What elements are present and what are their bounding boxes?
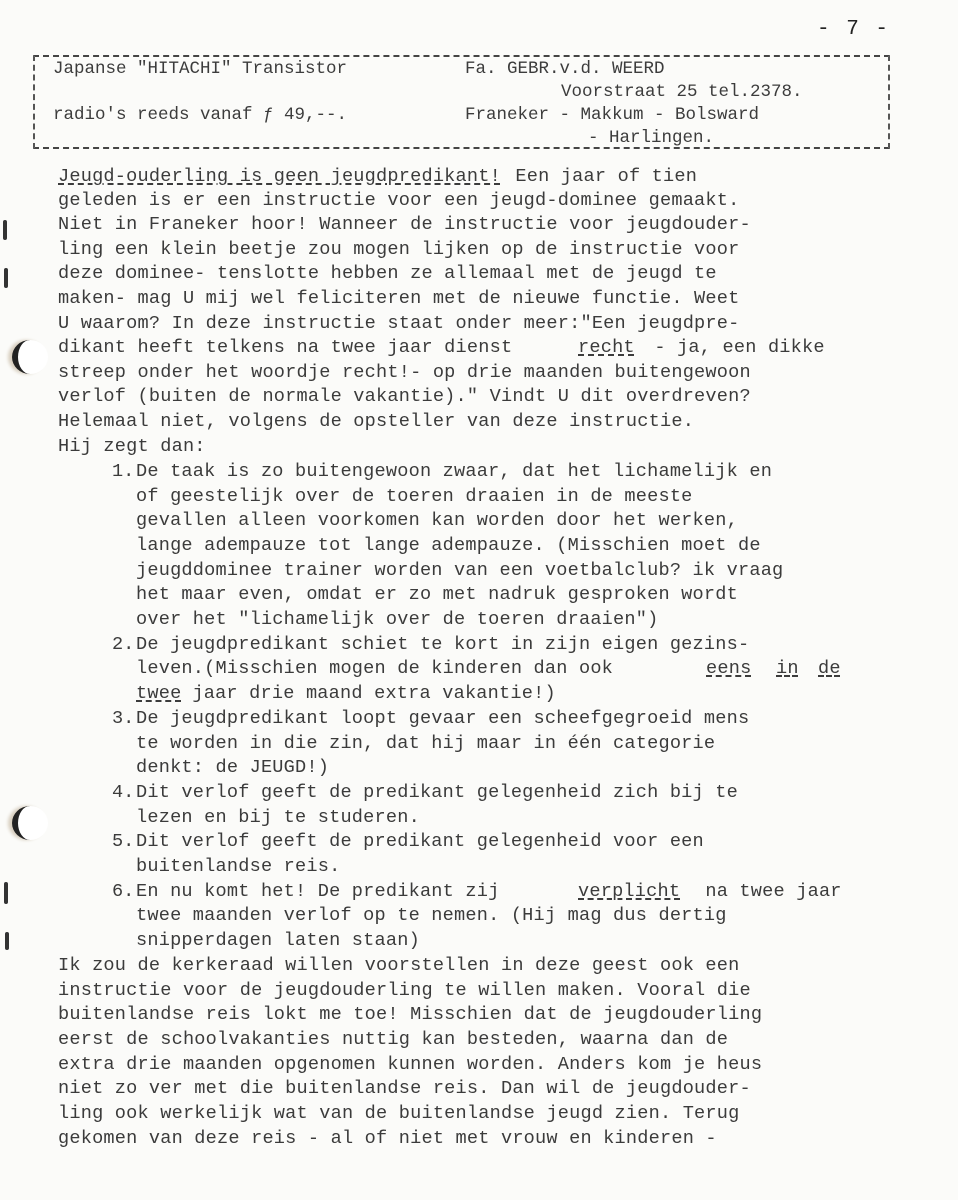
text-line: niet zo ver met die buitenlandse reis. D… bbox=[58, 1078, 751, 1099]
list-number: 6. bbox=[112, 881, 134, 902]
emphasized-word: in bbox=[776, 658, 799, 679]
binder-mark bbox=[3, 220, 7, 240]
list-item-line: Dit verlof geeft de predikant gelegenhei… bbox=[136, 831, 704, 852]
ad-locations: Franeker - Makkum - Bolsward bbox=[465, 105, 759, 125]
text-line: Een jaar of tien bbox=[504, 166, 697, 187]
emphasized-word: twee bbox=[136, 683, 181, 704]
text-line: dikant heeft telkens na twee jaar dienst bbox=[58, 337, 524, 358]
list-item-line: Dit verlof geeft de predikant gelegenhei… bbox=[136, 782, 738, 803]
list-item-line: jaar drie maand extra vakantie!) bbox=[181, 683, 556, 704]
list-item-line: De jeugdpredikant schiet te kort in zijn… bbox=[136, 634, 749, 655]
ad-company-name: Fa. GEBR.v.d. WEERD bbox=[465, 59, 665, 79]
list-item-line: na twee jaar bbox=[694, 881, 842, 902]
text-line: ling een klein beetje zou mogen lijken o… bbox=[58, 239, 739, 260]
emphasized-word: verplicht bbox=[578, 881, 680, 902]
list-number: 3. bbox=[112, 708, 134, 729]
typewritten-page: - 7 - Japanse "HITACHI" Transistor radio… bbox=[0, 0, 958, 1200]
list-number: 2. bbox=[112, 634, 134, 655]
list-item-line: of geestelijk over de toeren draaien in … bbox=[136, 486, 693, 507]
list-item-line: De jeugdpredikant loopt gevaar een schee… bbox=[136, 708, 749, 729]
page-number: - 7 - bbox=[817, 18, 890, 41]
text-line: maken- mag U mij wel feliciteren met de … bbox=[58, 288, 739, 309]
list-item-line: snipperdagen laten staan) bbox=[136, 930, 420, 951]
article-title: Jeugd-ouderling is geen jeugdpredikant! bbox=[58, 166, 501, 187]
list-item-line: buitenlandse reis. bbox=[136, 856, 340, 877]
list-item-line: denkt: de JEUGD!) bbox=[136, 757, 329, 778]
advertisement-box: Japanse "HITACHI" Transistor radio's ree… bbox=[33, 55, 890, 149]
list-number: 4. bbox=[112, 782, 134, 803]
emphasized-word: de bbox=[818, 658, 841, 679]
list-item-line: lezen en bij te studeren. bbox=[136, 807, 420, 828]
ad-product-line: Japanse "HITACHI" Transistor bbox=[53, 59, 347, 79]
text-line: Helemaal niet, volgens de opsteller van … bbox=[58, 411, 694, 432]
binder-mark bbox=[4, 268, 8, 288]
text-line: U waarom? In deze instructie staat onder… bbox=[58, 313, 739, 334]
list-item-line: te worden in die zin, dat hij maar in éé… bbox=[136, 733, 715, 754]
list-item-line: twee maanden verlof op te nemen. (Hij ma… bbox=[136, 905, 727, 926]
emphasized-word: eens bbox=[706, 658, 751, 679]
punch-hole bbox=[12, 340, 48, 374]
list-number: 5. bbox=[112, 831, 134, 852]
emphasized-word: recht bbox=[578, 337, 635, 358]
text-line: extra drie maanden opgenomen kunnen word… bbox=[58, 1054, 762, 1075]
list-item-line: lange adempauze tot lange adempauze. (Mi… bbox=[136, 535, 761, 556]
text-line: ling ook werkelijk wat van de buitenland… bbox=[58, 1103, 739, 1124]
text-line: verlof (buiten de normale vakantie)." Vi… bbox=[58, 386, 751, 407]
ad-price-line: radio's reeds vanaf ƒ 49,--. bbox=[53, 105, 347, 125]
list-item-line: jeugddominee trainer worden van een voet… bbox=[136, 560, 783, 581]
list-item-line: leven.(Misschien mogen de kinderen dan o… bbox=[136, 658, 624, 679]
list-number: 1. bbox=[112, 461, 134, 482]
ad-locations-cont: - Harlingen. bbox=[588, 128, 714, 148]
list-item-line: En nu komt het! De predikant zij bbox=[136, 881, 511, 902]
list-item-line: gevallen alleen voorkomen kan worden doo… bbox=[136, 510, 738, 531]
punch-hole bbox=[12, 806, 48, 840]
text-line: eerst de schoolvakanties nuttig kan best… bbox=[58, 1029, 728, 1050]
list-item-line: over het "lichamelijk over de toeren dra… bbox=[136, 609, 658, 630]
list-item-line: het maar even, omdat er zo met nadruk ge… bbox=[136, 584, 738, 605]
list-item-line: De taak is zo buitengewoon zwaar, dat he… bbox=[136, 461, 772, 482]
text-line: geleden is er een instructie voor een je… bbox=[58, 190, 739, 211]
text-line: gekomen van deze reis - al of niet met v… bbox=[58, 1128, 717, 1149]
text-line: buitenlandse reis lokt me toe! Misschien… bbox=[58, 1004, 762, 1025]
text-line: instructie voor de jeugdouderling te wil… bbox=[58, 980, 751, 1001]
text-line: streep onder het woordje recht!- op drie… bbox=[58, 362, 751, 383]
text-line: Hij zegt dan: bbox=[58, 436, 206, 457]
binder-mark bbox=[5, 932, 9, 950]
ad-address: Voorstraat 25 tel.2378. bbox=[561, 82, 803, 102]
text-line: Niet in Franeker hoor! Wanneer de instru… bbox=[58, 214, 751, 235]
text-line: - ja, een dikke bbox=[643, 337, 825, 358]
binder-mark bbox=[4, 882, 8, 904]
text-line: deze dominee- tenslotte hebben ze allema… bbox=[58, 263, 717, 284]
text-line: Ik zou de kerkeraad willen voorstellen i… bbox=[58, 955, 739, 976]
